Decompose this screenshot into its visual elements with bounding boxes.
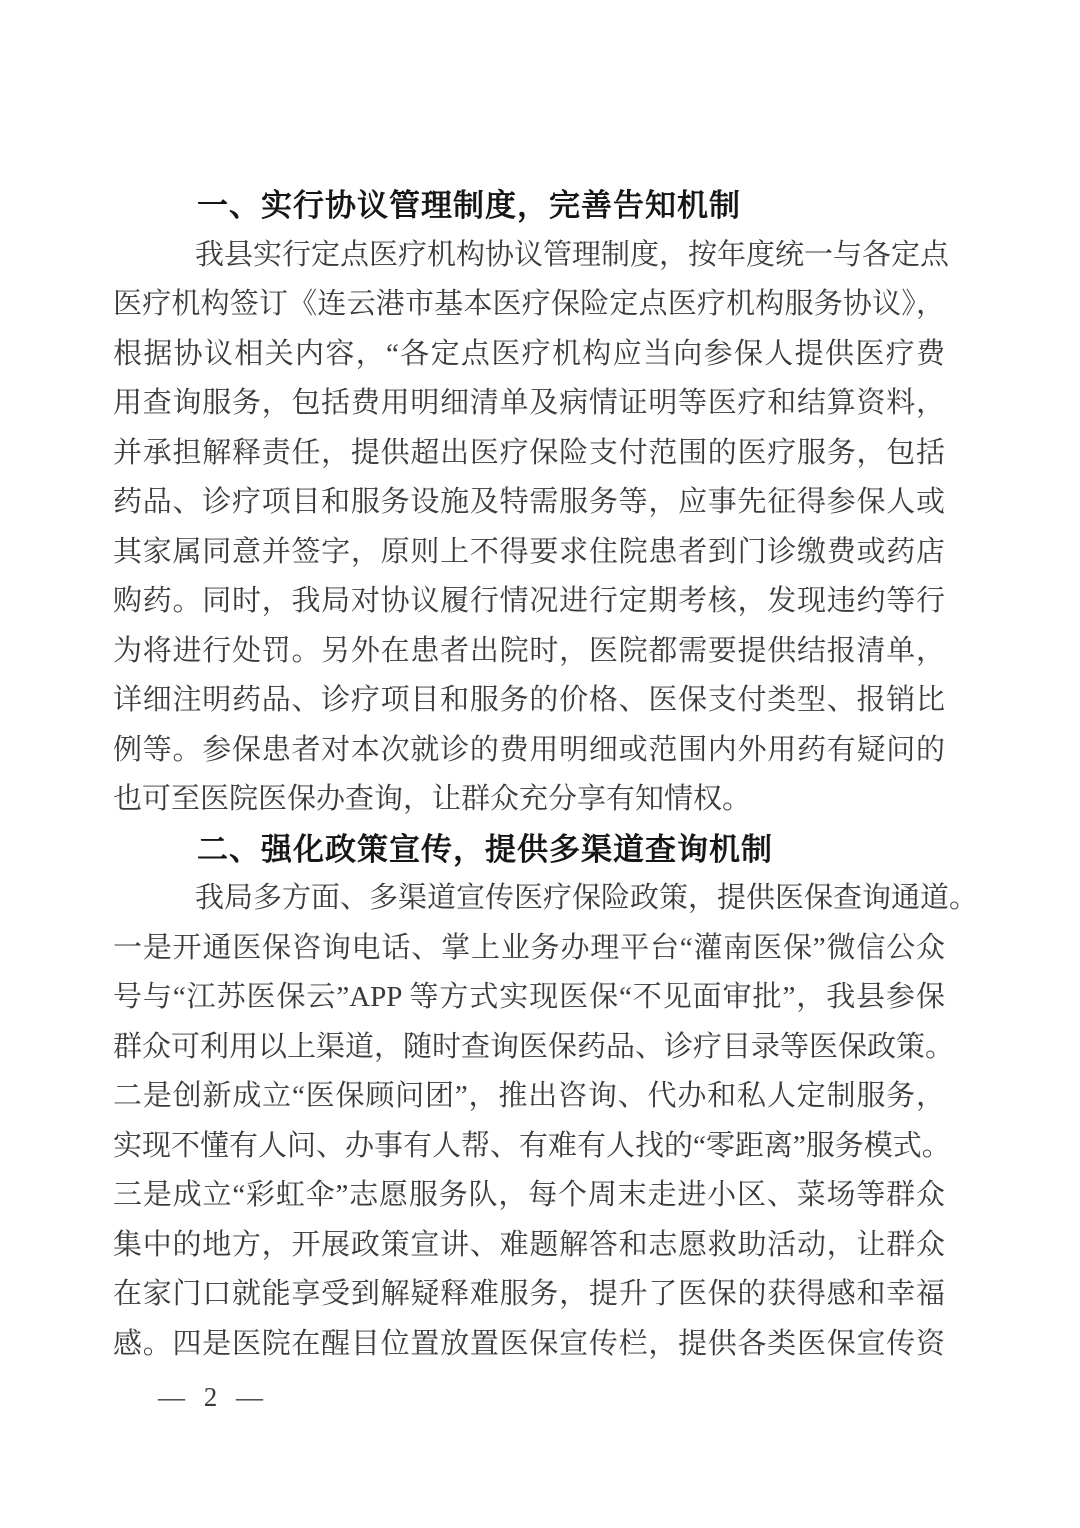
paragraph-line: 我县实行定点医疗机构协议管理制度，按年度统一与各定点 — [113, 231, 945, 281]
paragraph-line: 用查询服务，包括费用明细清单及病情证明等医疗和结算资料， — [113, 379, 945, 429]
paragraph-line: 详细注明药品、诊疗项目和服务的价格、医保支付类型、报销比 — [113, 676, 945, 726]
paragraph-line: 集中的地方，开展政策宣讲、难题解答和志愿救助活动，让群众 — [113, 1221, 945, 1271]
paragraph-line: 感。四是医院在醒目位置放置医保宣传栏，提供各类医保宣传资 — [113, 1320, 945, 1370]
paragraph-line: 为将进行处罚。另外在患者出院时，医院都需要提供结报清单， — [113, 627, 945, 677]
paragraph-line: 群众可利用以上渠道，随时查询医保药品、诊疗目录等医保政策。 — [113, 1023, 945, 1073]
paragraph-line: 二是创新成立“医保顾问团”，推出咨询、代办和私人定制服务， — [113, 1072, 945, 1122]
section-heading-2: 二、强化政策宣传，提供多渠道查询机制 — [113, 825, 945, 875]
paragraph-line: 在家门口就能享受到解疑释难服务，提升了医保的获得感和幸福 — [113, 1270, 945, 1320]
paragraph-line: 实现不懂有人问、办事有人帮、有难有人找的“零距离”服务模式。 — [113, 1122, 945, 1172]
paragraph-line: 根据协议相关内容，“各定点医疗机构应当向参保人提供医疗费 — [113, 330, 945, 380]
paragraph-line: 药品、诊疗项目和服务设施及特需服务等，应事先征得参保人或 — [113, 478, 945, 528]
paragraph-line: 号与“江苏医保云”APP 等方式实现医保“不见面审批”，我县参保 — [113, 973, 945, 1023]
paragraph-line: 一是开通医保咨询电话、掌上业务办理平台“灌南医保”微信公众 — [113, 924, 945, 974]
paragraph-line: 并承担解释责任，提供超出医疗保险支付范围的医疗服务，包括 — [113, 429, 945, 479]
document-page: 一、实行协议管理制度，完善告知机制 我县实行定点医疗机构协议管理制度，按年度统一… — [0, 0, 1080, 1528]
paragraph-line: 医疗机构签订《连云港市基本医疗保险定点医疗机构服务协议》， — [113, 280, 945, 330]
page-number: — 2 — — [158, 1382, 263, 1413]
section-heading-1: 一、实行协议管理制度，完善告知机制 — [113, 181, 945, 231]
paragraph-line: 我局多方面、多渠道宣传医疗保险政策，提供医保查询通道。 — [113, 874, 945, 924]
paragraph-line: 例等。参保患者对本次就诊的费用明细或范围内外用药有疑问的 — [113, 726, 945, 776]
document-body: 一、实行协议管理制度，完善告知机制 我县实行定点医疗机构协议管理制度，按年度统一… — [113, 181, 945, 1369]
paragraph-line: 三是成立“彩虹伞”志愿服务队，每个周末走进小区、菜场等群众 — [113, 1171, 945, 1221]
paragraph-line: 购药。同时，我局对协议履行情况进行定期考核，发现违约等行 — [113, 577, 945, 627]
paragraph-line: 其家属同意并签字，原则上不得要求住院患者到门诊缴费或药店 — [113, 528, 945, 578]
paragraph-line: 也可至医院医保办查询，让群众充分享有知情权。 — [113, 775, 945, 825]
